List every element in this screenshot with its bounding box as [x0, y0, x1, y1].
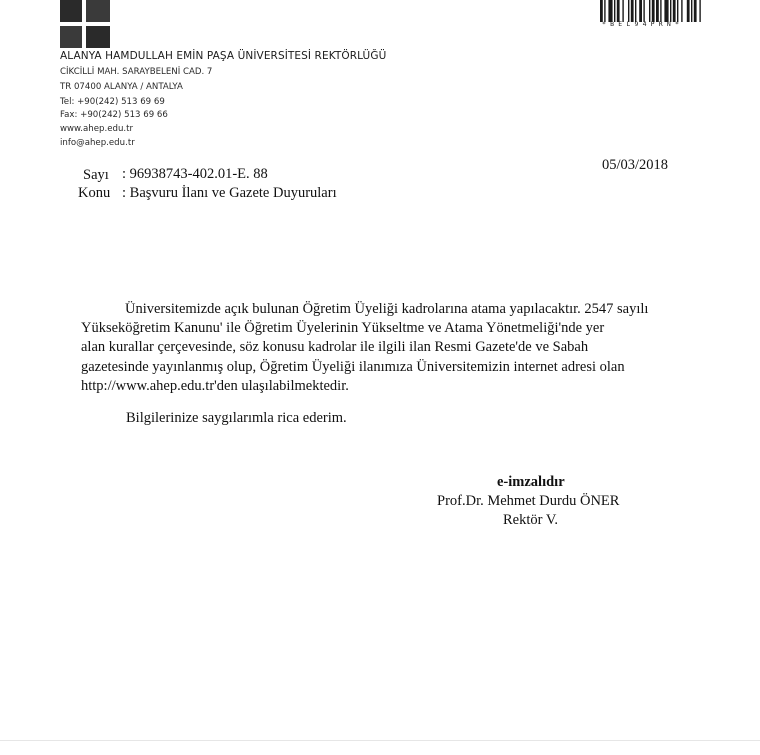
- paragraph-line: gazetesinde yayınlanmış olup, Öğretim Üy…: [81, 358, 669, 377]
- paragraph-line: http://www.ahep.edu.tr'den ulaşılabilmek…: [81, 377, 669, 396]
- konu-label: Konu: [78, 185, 110, 202]
- address-line: CİKCİLLİ MAH. SARAYBELENİ CAD. 7: [60, 67, 212, 77]
- konu-value: : Başvuru İlanı ve Gazete Duyuruları: [122, 185, 337, 202]
- page-edge-divider: [0, 740, 760, 741]
- signer-title: Rektör V.: [503, 512, 558, 529]
- sayi-value: : 96938743-402.01-E. 88: [122, 166, 268, 183]
- signer-name: Prof.Dr. Mehmet Durdu ÖNER: [437, 493, 619, 510]
- phone: Tel: +90(242) 513 69 69: [60, 97, 165, 107]
- paragraph-line: alan kurallar çerçevesinde, söz konusu k…: [81, 338, 669, 357]
- paragraph-line: Yükseköğretim Kanunu' ile Öğretim Üyeler…: [81, 319, 669, 338]
- document-date: 05/03/2018: [602, 157, 668, 174]
- institution-name: ALANYA HAMDULLAH EMİN PAŞA ÜNİVERSİTESİ …: [60, 50, 386, 62]
- email-link[interactable]: info@ahep.edu.tr: [60, 138, 135, 148]
- main-paragraph: Üniversitemizde açık bulunan Öğretim Üye…: [81, 300, 669, 396]
- barcode-text: *BEL94PRN*: [602, 20, 742, 28]
- fax: Fax: +90(242) 513 69 66: [60, 110, 168, 120]
- e-signature-status: e-imzalıdır: [497, 474, 565, 491]
- closing-paragraph: Bilgilerinize saygılarımla rica ederim.: [126, 410, 347, 427]
- website-link[interactable]: www.ahep.edu.tr: [60, 124, 133, 134]
- address-city: TR 07400 ALANYA / ANTALYA: [60, 82, 183, 92]
- paragraph-line: Üniversitemizde açık bulunan Öğretim Üye…: [81, 300, 669, 319]
- university-logo-icon: [60, 0, 110, 48]
- barcode-icon: [600, 0, 742, 22]
- sayi-label: Sayı: [83, 167, 109, 184]
